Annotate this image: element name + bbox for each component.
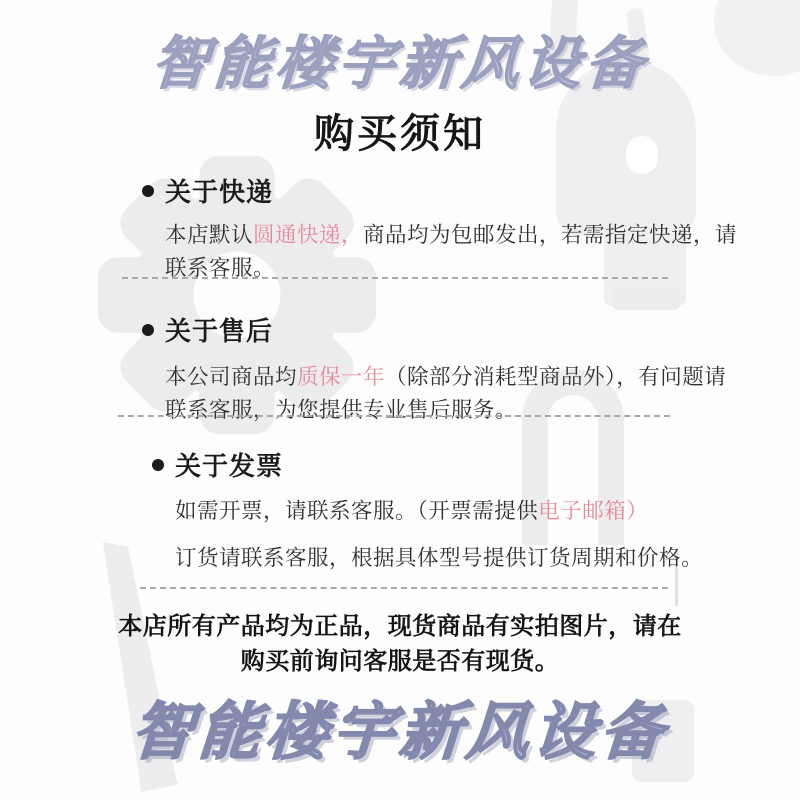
body-line: 如需开票，请联系客服。（开票需提供电子邮箱） (175, 495, 698, 528)
dashed-divider (122, 277, 668, 279)
body-line: 本店默认圆通快递，商品均为包邮发出，若需指定快递，请 (165, 219, 688, 252)
section-shipping: 关于快递 本店默认圆通快递，商品均为包邮发出，若需指定快递，请 联系客服。 (142, 172, 688, 285)
section-heading-label: 关于发票 (175, 446, 283, 483)
section-aftersales-heading: 关于售后 (142, 311, 688, 348)
highlighted-text: 圆通快递， (253, 223, 363, 247)
section-heading-label: 关于快递 (165, 172, 273, 209)
bullet-dot-icon (152, 459, 164, 471)
section-invoice-heading: 关于发票 (152, 446, 698, 483)
section-invoice-body: 如需开票，请联系客服。（开票需提供电子邮箱） 订货请联系客服，根据具体型号提供订… (175, 495, 698, 575)
body-line: 联系客服，为您提供专业售后服务。 (165, 394, 688, 427)
body-line: 联系客服。 (165, 252, 688, 285)
authenticity-note: 本店所有产品均为正品，现货商品有实拍图片，请在 购买前询问客服是否有现货。 (0, 609, 800, 679)
dashed-divider (140, 587, 668, 589)
section-shipping-heading: 关于快递 (142, 172, 688, 209)
section-heading-label: 关于售后 (165, 311, 273, 348)
bullet-dot-icon (142, 324, 154, 336)
plug-bar-shape (612, 288, 680, 310)
body-line: 本公司商品均质保一年（除部分消耗型商品外），有问题请 (165, 361, 688, 394)
bullet-dot-icon (142, 185, 154, 197)
section-invoice: 关于发票 如需开票，请联系客服。（开票需提供电子邮箱） 订货请联系客服，根据具体… (152, 446, 698, 575)
authenticity-note-line1: 本店所有产品均为正品，现货商品有实拍图片，请在 (0, 609, 800, 644)
highlighted-text: 电子邮箱） (538, 499, 648, 523)
section-aftersales: 关于售后 本公司商品均质保一年（除部分消耗型商品外），有问题请 联系客服，为您提… (142, 311, 688, 427)
page-title: 购买须知 (0, 102, 800, 159)
highlighted-text: 质保一年 (297, 365, 385, 389)
authenticity-note-line2: 购买前询问客服是否有现货。 (0, 644, 800, 679)
bottom-watermark-text: 智能楼宇新风设备 (0, 682, 800, 771)
section-aftersales-body: 本公司商品均质保一年（除部分消耗型商品外），有问题请 联系客服，为您提供专业售后… (165, 361, 688, 427)
body-line: 订货请联系客服，根据具体型号提供订货周期和价格。 (175, 542, 698, 575)
section-shipping-body: 本店默认圆通快递，商品均为包邮发出，若需指定快递，请 联系客服。 (165, 219, 688, 285)
dashed-divider (118, 415, 670, 417)
top-watermark-text: 智能楼宇新风设备 (0, 18, 800, 100)
